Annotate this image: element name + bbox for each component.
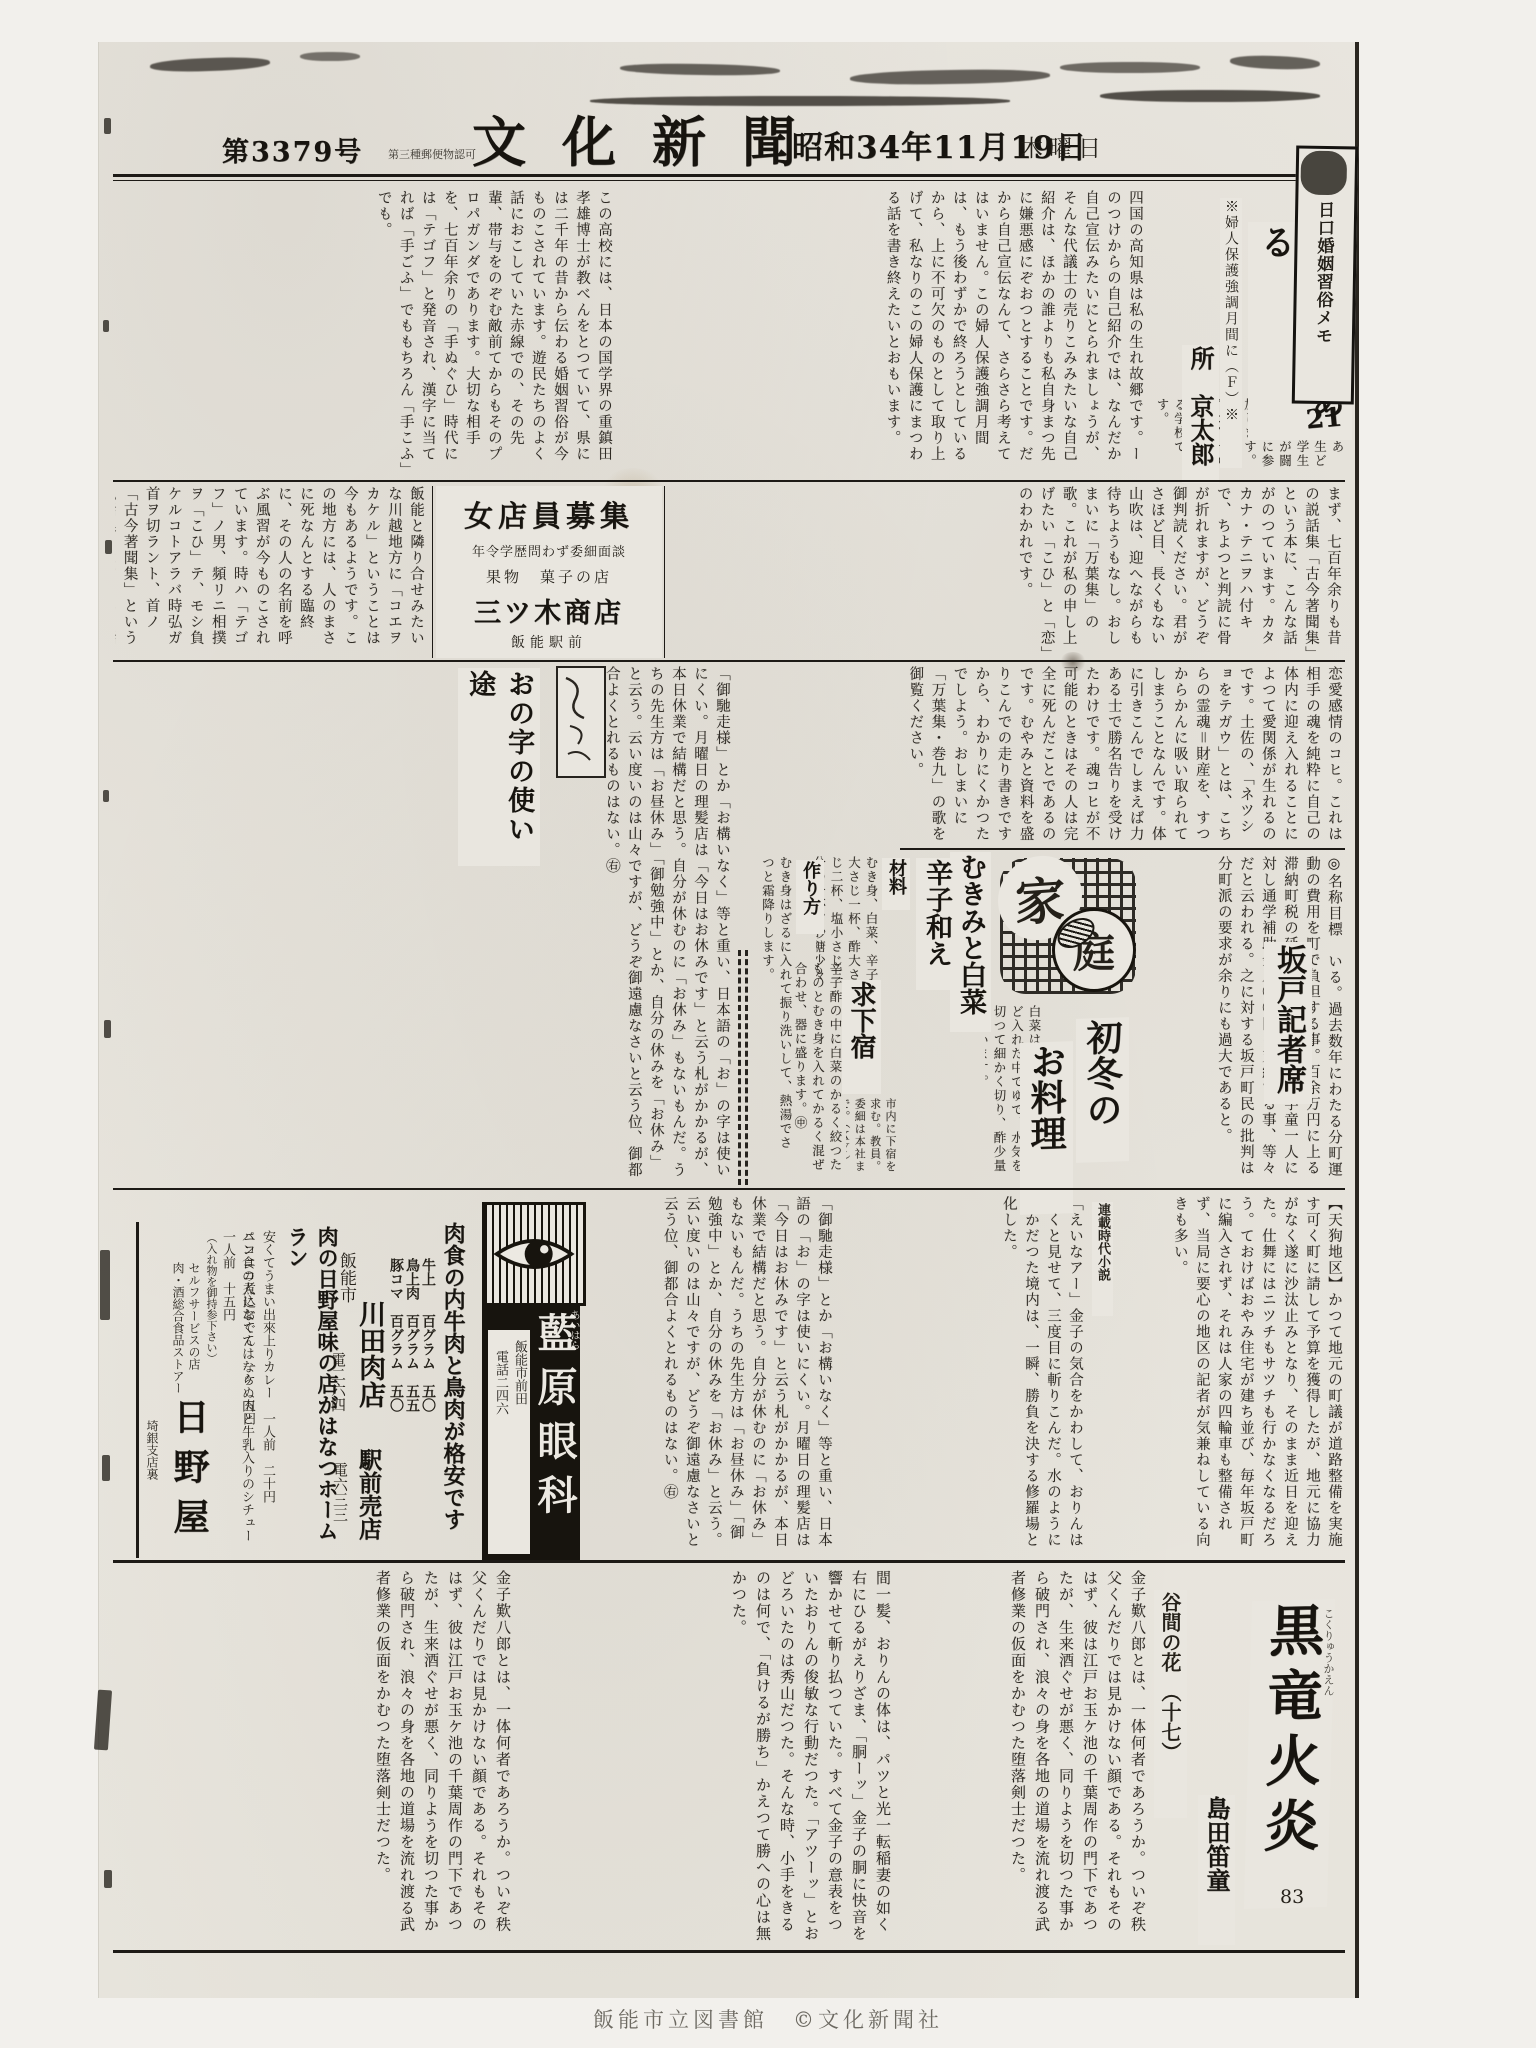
issue-number: 第3379号 <box>222 130 363 169</box>
novel-page-number: 83 <box>1280 1886 1304 1908</box>
love-article-body: 四国の高知県は私の生れ故郷です。ーのつけからの自己紹介では、なんだか自己宣伝みた… <box>620 190 1146 476</box>
section-rule <box>900 848 1345 850</box>
novel-chapter-heading: 谷間の花 （十七） <box>1154 1590 1187 1818</box>
aihara-ad-address: 飯能市前田 <box>510 1340 529 1546</box>
band-b-right-text: まず、七百年余りも昔の説話集「古今著聞集」という本に、こんな話がのつています。カ… <box>668 486 1344 656</box>
kawada-ad-branch: 駅前売店 <box>352 1448 385 1564</box>
love-article-body-cont: この高校には、日本の国学界の重鎮田孝雄博士が教べんをとつていて、県には二千年の昔… <box>115 190 615 476</box>
sketch-strokes <box>558 668 600 772</box>
meat-ad-headline: 肉食の内牛肉と鳥肉が格安です <box>438 1222 469 1560</box>
lodging-headline: 求下宿 <box>842 980 881 1094</box>
hinoya-ad-shop-name: 日野屋 <box>164 1398 215 1558</box>
novel-body: 金子歎八郎とは、一体何者であろうか。ついぞ秩父くんだりでは見かけない顔である。そ… <box>900 1570 1150 1946</box>
memo-box-title: 日口婚姻習俗メモ <box>1309 201 1337 394</box>
newspaper-scan-page: 第3379号 第三種郵便物認可 文化新聞 昭和34年11月19日 木曜日 四国の… <box>0 0 1536 2048</box>
margin-mark <box>104 1870 112 1888</box>
marriage-memo-box: 日口婚姻習俗メモ <box>1292 145 1358 404</box>
hinoya-ad-address: 埼銀支店裏 <box>144 1420 161 1532</box>
margin-mark <box>102 1455 110 1481</box>
novel-top-rule <box>113 1560 1345 1563</box>
margin-mark <box>105 540 112 554</box>
method-label: 作り方 <box>796 860 824 934</box>
band-rule <box>113 480 1345 482</box>
postal-permit-note: 第三種郵便物認可 <box>388 146 476 162</box>
kawada-ad-shop-name: 川田肉店 <box>350 1300 389 1442</box>
tear-mark <box>590 96 1010 106</box>
lodging-body: 市内に下宿を求む。教員。委細は本社まで。（ＫＹ） <box>846 1098 898 1184</box>
sakado-column-body2: 【天狗地区】かつて地元の町議が道路整備を実施す可く町に請して予算を獲得したが、地… <box>1092 1196 1345 1556</box>
margin-mark <box>103 320 109 332</box>
meat-ad-row3: 豚コマ 百グラム 五〇 <box>386 1258 406 1558</box>
recruit-ad: 女店員募集 年令学歴問わず委細面談 果物 菓子の店 三ツ木商店 飯能駅前 <box>436 486 662 658</box>
eye-icon <box>492 1226 576 1282</box>
margin-mark <box>104 118 111 134</box>
margin-mark <box>104 1020 111 1038</box>
recruit-ad-shoptype: 果物 菓子の店 <box>436 566 662 587</box>
band-rule <box>113 660 1345 662</box>
ad-divider <box>664 486 665 658</box>
band-d-text-left: 「御馳走様」とか「お構いなく」等と重い、日本語の「お」の字は使いにくい。月曜日の… <box>592 1196 835 1556</box>
ono-article-body: 飯能と隣り合せみたいな川越地方に「コエヲカケル」ということは今もあるようです。こ… <box>115 486 427 656</box>
love-article-author: 所 京太郎 <box>1182 345 1219 483</box>
method-step1: むき身はざるに入れて振り洗いして、熱湯でさつと霜降りします。 <box>742 856 794 1156</box>
aihara-ad-name: 藍原眼科 <box>526 1312 583 1558</box>
love-article-subtitle: ※婦人保護強調月間に（Ｆ）※ <box>1220 198 1242 468</box>
novel-title-furigana: こくりゅうかえん <box>1320 1608 1336 1808</box>
tear-mark <box>1100 90 1320 102</box>
ono-article-body2: 「御馳走様」とか「お構いなく」等と重い、日本語の「お」の字は使いにくい。月曜日の… <box>115 666 733 1182</box>
memo-box-smudge <box>1300 151 1347 196</box>
band-rule <box>113 1188 1345 1190</box>
novel-bottom-rule <box>113 1950 1345 1953</box>
hinoya-ad-item1: 安くてうまい出來上りカレー 一人前 二十円 <box>258 1230 277 1556</box>
katei-section-title-1: 初冬の <box>1076 1017 1129 1163</box>
katei-logo-char2: 庭 <box>1052 908 1136 992</box>
aihara-ad-eye-box <box>482 1202 586 1306</box>
novel-body-cont: 金子歎八郎とは、一体何者であろうか。ついぞ秩父くんだりでは見かけない顔である。そ… <box>115 1570 515 1946</box>
masthead-rule <box>113 174 1345 177</box>
hinoya-ad-border <box>136 1222 139 1558</box>
margin-mark <box>103 790 109 802</box>
materials-label: 材料 <box>882 858 910 910</box>
novel-author: 島田笛童 <box>1198 1795 1235 1945</box>
aihara-ad-block: あいはら 藍原眼科 飯能市前田 電話二四六 <box>482 1304 580 1560</box>
sakado-column-headline: 坂戸記者席 <box>1264 942 1312 1104</box>
masthead-rule-thin <box>113 180 1345 181</box>
recruit-ad-conditions: 年令学歴問わず委細面談 <box>436 541 662 560</box>
recipe-title-sub: 辛子和え <box>916 858 957 990</box>
memo-series-number: 21 <box>1305 402 1344 435</box>
aihara-ad-panel: 飯能市前田 電話二四六 <box>488 1330 530 1554</box>
ad-divider <box>432 486 433 658</box>
tear-mark <box>300 52 360 61</box>
kawada-ad-tel1: 電二六四 <box>328 1352 349 1452</box>
recruit-ad-shop-name: 三ツ木商店 <box>436 591 662 630</box>
dashed-gutter <box>745 950 748 1185</box>
katei-logo-char1-text: 家 <box>1015 860 1065 935</box>
novel-series-label: 連載時代小説 <box>1092 1202 1113 1316</box>
sketch-illustration <box>556 666 606 778</box>
novel-body2: 間一髪、おりんの体は、パツと光一転稲妻の如く右にひるがえりざま、「胴ーッ」金子の… <box>520 1570 895 1946</box>
ono-article-headline: おの字の使い途 <box>458 668 540 866</box>
dashed-gutter <box>738 950 741 1185</box>
masthead-weekday: 木曜日 <box>1020 130 1107 163</box>
sakado-column-body: ◎名称目標 いる。過去数年にわたる分町運動の費用を町で負担する事。百余万円に上る… <box>1165 856 1345 1184</box>
tear-mark <box>1060 62 1200 73</box>
recruit-ad-headline: 女店員募集 <box>436 494 662 535</box>
recruit-ad-location: 飯能駅前 <box>436 632 662 652</box>
hinoya-ad-tagline1: セルフサービスの店 <box>186 1262 203 1388</box>
band-d-text-right: 「えいなアー」金子の気合をかわして、おりんは突くと見せて、三度目に斬りこんだ。水… <box>840 1196 1086 1556</box>
kawada-ad-tel2: 電六三三 <box>330 1462 351 1562</box>
hinoya-ad-item3: パン食の人になくてはならぬ肉と牛乳入りのシチュー 一人前 十五円 <box>218 1230 256 1556</box>
newspaper-title: 文化新聞 <box>472 100 832 177</box>
aihara-ad-tel: 電話二四六 <box>491 1350 510 1548</box>
margin-mark <box>100 1250 110 1320</box>
hinoya-ad-tagline2: 肉・酒総合食品ストアー <box>170 1262 187 1408</box>
method-step3: 辛子酢の中に白菜のかるく絞つたものとむき身を入れてかるく混ぜ合わせ、器に盛ります… <box>788 962 844 1184</box>
love-article-body3: 恋愛感情のコヒ。これは相手の魂を純粋に自己の体内に迎え入れることによつて愛関係が… <box>905 666 1345 844</box>
katei-section-logo: 家 庭 <box>1000 858 1136 994</box>
hinoya-ad-note: （入れ物を御持参下さい） <box>203 1232 219 1422</box>
library-caption: 飯能市立図書館 ©文化新聞社 <box>0 2004 1536 2034</box>
